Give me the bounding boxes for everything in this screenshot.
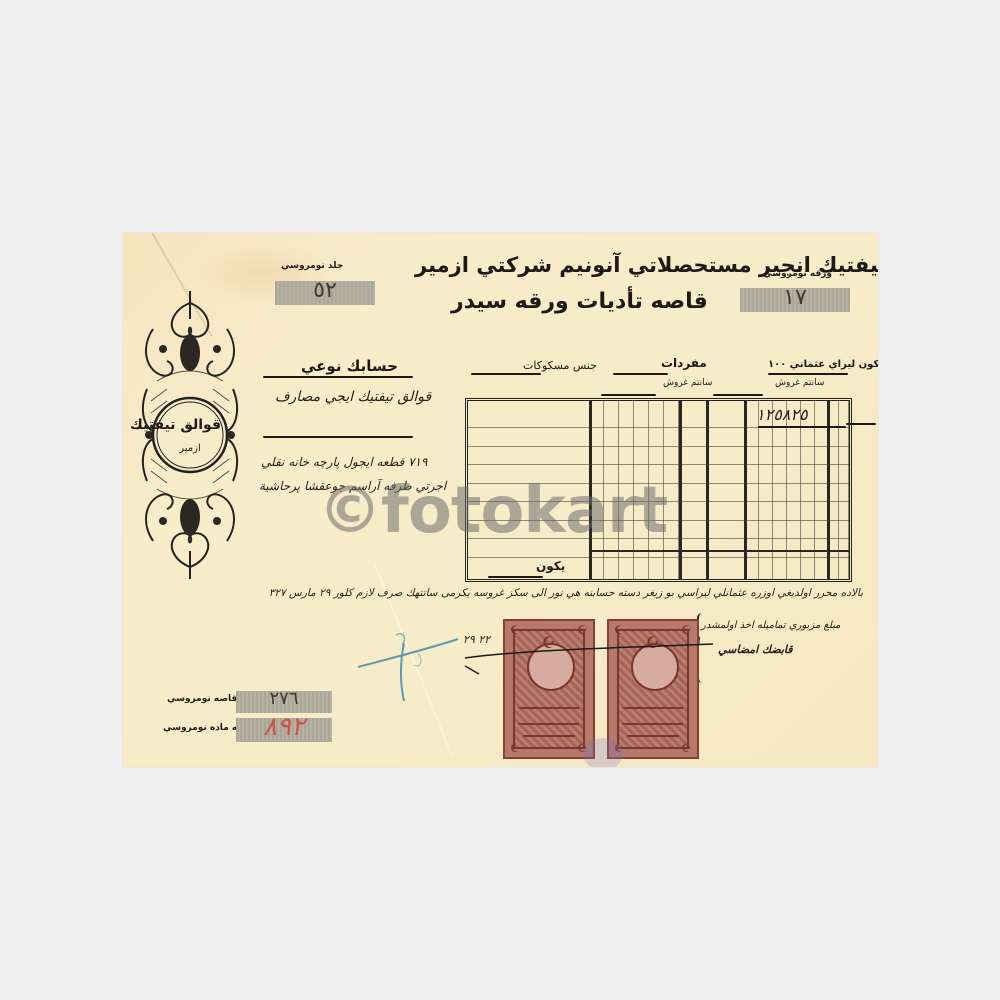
account-type-value: قوالق تيفتيك ايجي مصارف bbox=[275, 389, 431, 405]
items-underline bbox=[613, 373, 668, 375]
star-crescent-icon: ☪ bbox=[614, 623, 625, 637]
seal-text: قوالق تيفتيك bbox=[159, 417, 221, 433]
grid-line bbox=[468, 464, 849, 465]
ledger-amount-tail bbox=[846, 423, 876, 425]
ledger-total-label: يكون bbox=[536, 559, 565, 573]
star-crescent-icon: ☪ bbox=[577, 623, 588, 637]
star-crescent-icon: ☪ bbox=[510, 623, 521, 637]
grid-line bbox=[468, 557, 849, 558]
cash-number-value: ٢٧٦ bbox=[236, 688, 332, 709]
blue-signature bbox=[348, 623, 468, 703]
daily-entry-value: ٨٩٢ bbox=[236, 712, 332, 742]
statement-line: بالاده محرر اولديغي اوزره عثمانلي ليراسي… bbox=[263, 587, 863, 599]
ledger-total-underline bbox=[488, 576, 543, 578]
total-sub-underline bbox=[713, 394, 763, 396]
account-type-divider bbox=[263, 436, 413, 438]
volume-number-label: جلد نومروسي bbox=[281, 261, 343, 271]
cash-number-label: قاصه نومروسي bbox=[167, 694, 237, 704]
receiver-signature-label: قابضك امضاسي bbox=[718, 643, 793, 656]
seal-city: ازمير bbox=[169, 443, 211, 454]
purple-cancel-stamp bbox=[583, 738, 623, 767]
account-type-underline bbox=[263, 376, 413, 378]
ledger-table: ١٢٥٨٢٥ يكون bbox=[465, 398, 852, 582]
grid-line bbox=[468, 446, 849, 447]
receipt-document: آيدين قوالق تيفتيك انجير مستحصلاتي آنوني… bbox=[123, 233, 878, 767]
coin-kind-underline bbox=[471, 373, 541, 375]
total-row-divider bbox=[589, 550, 849, 552]
total-underline bbox=[768, 373, 848, 375]
page-number-label: ورقه نومروسي bbox=[763, 269, 832, 279]
items-sub-underline bbox=[601, 394, 656, 396]
document-title: قاصه تأديات ورقه سيدر bbox=[451, 289, 708, 314]
receipt-confirmation-text: مبلغ مزبوري تماميله اخذ اولمشدر bbox=[701, 620, 841, 631]
volume-number-value: ٥٢ bbox=[275, 278, 375, 303]
account-note-line-1: ٧١٩ قطعه ايجول پارچه خانه نقلي bbox=[261, 455, 427, 469]
cancellation-stroke bbox=[463, 638, 723, 678]
volume-number-box: ٥٢ bbox=[275, 281, 375, 305]
items-subheader: سانتم غروش bbox=[663, 378, 712, 388]
ledger-amount-underline bbox=[758, 426, 846, 428]
page-number-box: ١٧ bbox=[740, 288, 850, 312]
ornamental-emblem-icon bbox=[137, 289, 243, 581]
grid-line bbox=[468, 520, 849, 521]
coin-kind-header: جنس مسكوكات bbox=[523, 359, 597, 372]
grid-line bbox=[468, 538, 849, 539]
items-header: مفردات bbox=[661, 356, 707, 370]
star-crescent-icon: ☪ bbox=[681, 741, 692, 755]
star-crescent-icon: ☪ bbox=[681, 623, 692, 637]
handwritten-annotation: ٢٢ ٢٩ bbox=[463, 633, 490, 646]
cash-number-box: ٢٧٦ bbox=[236, 691, 332, 713]
star-crescent-icon: ☪ bbox=[510, 741, 521, 755]
total-subheader: سانتم غروش bbox=[775, 378, 824, 388]
account-type-label: حسابك نوعي bbox=[301, 357, 398, 375]
total-header: يكون ليراي عثماني ١٠٠ bbox=[768, 359, 878, 370]
ledger-amount-value: ١٢٥٨٢٥ bbox=[756, 405, 808, 424]
page-number-value: ١٧ bbox=[740, 285, 850, 310]
daily-entry-box: ٨٩٢ bbox=[236, 718, 332, 742]
grid-line bbox=[468, 501, 849, 502]
account-note-line-2: اجرتي طرفه آراسم جوعقشا پرحاشية bbox=[259, 479, 446, 493]
grid-line bbox=[468, 483, 849, 484]
